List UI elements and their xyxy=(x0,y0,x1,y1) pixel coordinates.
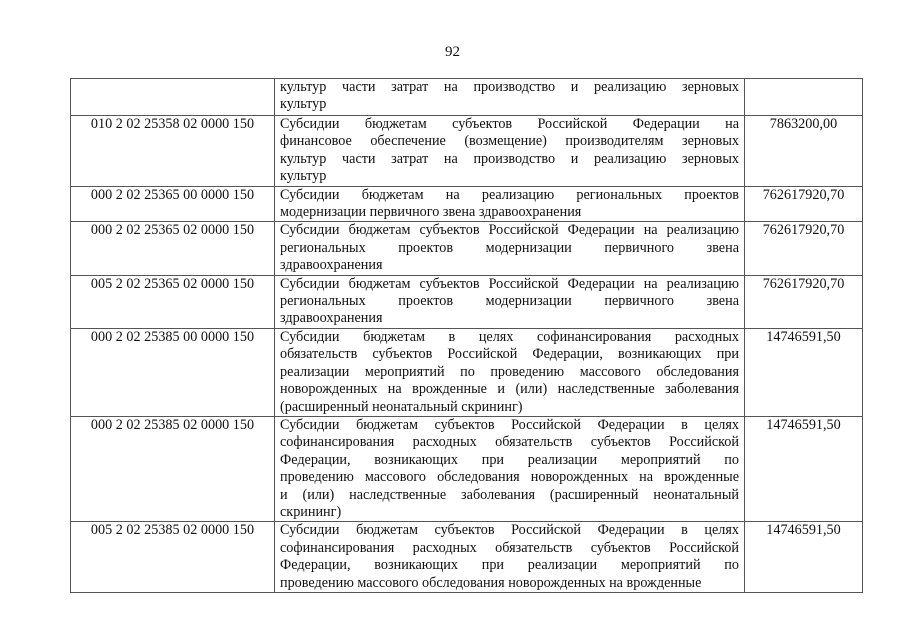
description-line: финансовое обеспечение (возмещение) прои… xyxy=(280,133,739,150)
description-line: Федерации, возникающих при реализации ме… xyxy=(280,557,739,574)
budget-code-cell: 000 2 02 25365 00 0000 150 xyxy=(71,186,275,222)
description-cell: Субсидии бюджетам субъектов Российской Ф… xyxy=(275,116,745,187)
table-row: 000 2 02 25385 00 0000 150Субсидии бюдже… xyxy=(71,328,863,416)
description-line: культур xyxy=(280,96,739,113)
table-row: 005 2 02 25385 02 0000 150Субсидии бюдже… xyxy=(71,522,863,593)
description-line: софинансирования расходных обязательств … xyxy=(280,434,739,451)
description-cell: Субсидии бюджетам субъектов Российской Ф… xyxy=(275,416,745,521)
description-line: Федерации, возникающих при реализации ме… xyxy=(280,452,739,469)
description-line: региональных проектов модернизации перви… xyxy=(280,293,739,310)
description-line: проведению массового обследования новоро… xyxy=(280,469,739,486)
amount-cell: 14746591,50 xyxy=(745,328,863,416)
description-line: культур части затрат на производство и р… xyxy=(280,79,739,96)
description-line: скрининг) xyxy=(280,504,739,521)
description-line: обязательств субъектов Российской Федера… xyxy=(280,346,739,363)
description-line: софинансирования расходных обязательств … xyxy=(280,540,739,557)
description-cell: Субсидии бюджетам субъектов Российской Ф… xyxy=(275,222,745,275)
amount-cell: 14746591,50 xyxy=(745,416,863,521)
description-line: модернизации первичного звена здравоохра… xyxy=(280,204,739,221)
table-row: 000 2 02 25385 02 0000 150Субсидии бюдже… xyxy=(71,416,863,521)
table-row: культур части затрат на производство и р… xyxy=(71,79,863,116)
table-row: 010 2 02 25358 02 0000 150Субсидии бюдже… xyxy=(71,116,863,187)
description-cell: культур части затрат на производство и р… xyxy=(275,79,745,116)
description-line: Субсидии бюджетам субъектов Российской Ф… xyxy=(280,276,739,293)
amount-cell: 7863200,00 xyxy=(745,116,863,187)
description-line: (расширенный неонатальный скрининг) xyxy=(280,399,739,416)
description-line: и (или) наследственные заболевания (расш… xyxy=(280,487,739,504)
table-row: 000 2 02 25365 00 0000 150Субсидии бюдже… xyxy=(71,186,863,222)
amount-cell: 762617920,70 xyxy=(745,275,863,328)
budget-code-cell: 005 2 02 25365 02 0000 150 xyxy=(71,275,275,328)
amount-cell xyxy=(745,79,863,116)
budget-code-cell xyxy=(71,79,275,116)
description-line: культур части затрат на производство и р… xyxy=(280,151,739,168)
page-number: 92 xyxy=(0,44,905,61)
description-line: проведению массового обследования новоро… xyxy=(280,575,739,592)
description-line: Субсидии бюджетам субъектов Российской Ф… xyxy=(280,222,739,239)
amount-cell: 14746591,50 xyxy=(745,522,863,593)
description-line: Субсидии бюджетам на реализацию регионал… xyxy=(280,187,739,204)
description-cell: Субсидии бюджетам субъектов Российской Ф… xyxy=(275,275,745,328)
description-line: реализации мероприятий по проведению мас… xyxy=(280,364,739,381)
amount-cell: 762617920,70 xyxy=(745,186,863,222)
description-line: здравоохранения xyxy=(280,310,739,327)
description-line: Субсидии бюджетам субъектов Российской Ф… xyxy=(280,116,739,133)
description-line: Субсидии бюджетам субъектов Российской Ф… xyxy=(280,522,739,539)
description-cell: Субсидии бюджетам на реализацию регионал… xyxy=(275,186,745,222)
budget-code-cell: 005 2 02 25385 02 0000 150 xyxy=(71,522,275,593)
budget-code-cell: 010 2 02 25358 02 0000 150 xyxy=(71,116,275,187)
description-line: Субсидии бюджетам субъектов Российской Ф… xyxy=(280,417,739,434)
budget-table-body: культур части затрат на производство и р… xyxy=(71,79,863,593)
description-line: региональных проектов модернизации перви… xyxy=(280,240,739,257)
description-line: культур xyxy=(280,168,739,185)
description-cell: Субсидии бюджетам в целях софинансирован… xyxy=(275,328,745,416)
amount-cell: 762617920,70 xyxy=(745,222,863,275)
table-row: 000 2 02 25365 02 0000 150Субсидии бюдже… xyxy=(71,222,863,275)
description-cell: Субсидии бюджетам субъектов Российской Ф… xyxy=(275,522,745,593)
budget-code-cell: 000 2 02 25365 02 0000 150 xyxy=(71,222,275,275)
budget-code-cell: 000 2 02 25385 02 0000 150 xyxy=(71,416,275,521)
description-line: здравоохранения xyxy=(280,257,739,274)
table-row: 005 2 02 25365 02 0000 150Субсидии бюдже… xyxy=(71,275,863,328)
budget-code-cell: 000 2 02 25385 00 0000 150 xyxy=(71,328,275,416)
budget-table: культур части затрат на производство и р… xyxy=(70,78,863,593)
description-line: Субсидии бюджетам в целях софинансирован… xyxy=(280,329,739,346)
description-line: новорожденных на врожденные и (или) насл… xyxy=(280,381,739,398)
